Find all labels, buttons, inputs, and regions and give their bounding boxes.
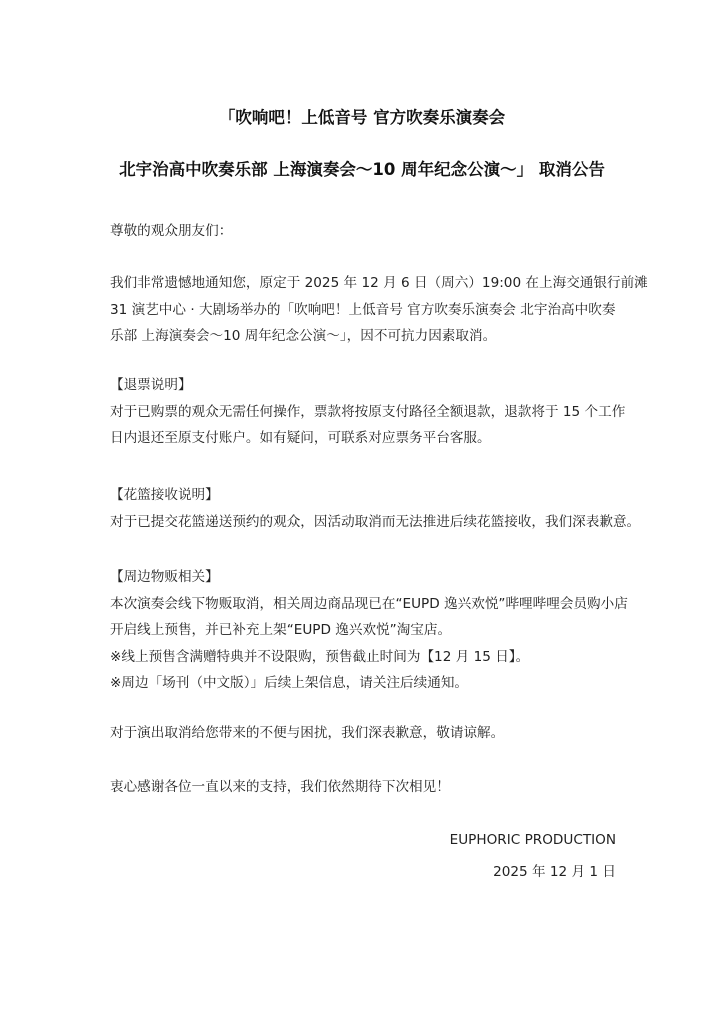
thanks-text: 衷心感谢各位一直以来的支持，我们依然期待下次相见！ xyxy=(110,774,630,801)
signature-organization: EUPHORIC PRODUCTION xyxy=(450,832,616,848)
intro-line: 我们非常遗憾地通知您，原定于 2025 年 12 月 6 日（周六）19:00 … xyxy=(110,270,630,297)
intro-line: 31 演艺中心 · 大剧场举办的「吹响吧！上低音号 官方吹奏乐演奏会 北宇治高中… xyxy=(110,297,630,324)
section-line: 本次演奏会线下物贩取消，相关周边商品现已在“EUPD 逸兴欢悦”哔哩哔哩会员购小… xyxy=(110,591,630,618)
title-line-2: 北宇治高中吹奏乐部 上海演奏会～10 周年纪念公演～」 取消公告 xyxy=(0,156,724,180)
apology-paragraph: 对于演出取消给您带来的不便与困扰，我们深表歉意，敬请谅解。 xyxy=(110,720,630,747)
section-heading: 【退票说明】 xyxy=(110,372,630,399)
section-heading: 【周边物贩相关】 xyxy=(110,564,630,591)
section-heading: 【花篮接收说明】 xyxy=(110,482,630,509)
intro-paragraph: 我们非常遗憾地通知您，原定于 2025 年 12 月 6 日（周六）19:00 … xyxy=(110,270,630,350)
thanks-paragraph: 衷心感谢各位一直以来的支持，我们依然期待下次相见！ xyxy=(110,774,630,801)
signature-date: 2025 年 12 月 1 日 xyxy=(493,860,616,880)
section-line: 开启线上预售，并已补充上架“EUPD 逸兴欢悦”淘宝店。 xyxy=(110,617,630,644)
title-line-1: 「吹响吧！上低音号 官方吹奏乐演奏会 xyxy=(0,104,724,128)
apology-text: 对于演出取消给您带来的不便与困扰，我们深表歉意，敬请谅解。 xyxy=(110,720,630,747)
section-line: 对于已购票的观众无需任何操作，票款将按原支付路径全额退款，退款将于 15 个工作 xyxy=(110,399,630,426)
intro-line: 乐部 上海演奏会～10 周年纪念公演～」，因不可抗力因素取消。 xyxy=(110,323,630,350)
section-line: ※周边「场刊（中文版）」后续上架信息，请关注后续通知。 xyxy=(110,670,630,697)
merchandise-section: 【周边物贩相关】 本次演奏会线下物贩取消，相关周边商品现已在“EUPD 逸兴欢悦… xyxy=(110,564,630,697)
section-line: 对于已提交花篮递送预约的观众，因活动取消而无法推进后续花篮接收，我们深表歉意。 xyxy=(110,509,630,536)
flower-basket-section: 【花篮接收说明】 对于已提交花篮递送预约的观众，因活动取消而无法推进后续花篮接收… xyxy=(110,482,630,535)
greeting: 尊敬的观众朋友们： xyxy=(110,218,630,245)
announcement-page: 「吹响吧！上低音号 官方吹奏乐演奏会 北宇治高中吹奏乐部 上海演奏会～10 周年… xyxy=(0,0,724,1024)
section-line: 日内退还至原支付账户。如有疑问，可联系对应票务平台客服。 xyxy=(110,425,630,452)
refund-section: 【退票说明】 对于已购票的观众无需任何操作，票款将按原支付路径全额退款，退款将于… xyxy=(110,372,630,452)
section-line: ※线上预售含满赠特典并不设限购，预售截止时间为【12 月 15 日】。 xyxy=(110,644,630,671)
greeting-text: 尊敬的观众朋友们： xyxy=(110,218,630,245)
